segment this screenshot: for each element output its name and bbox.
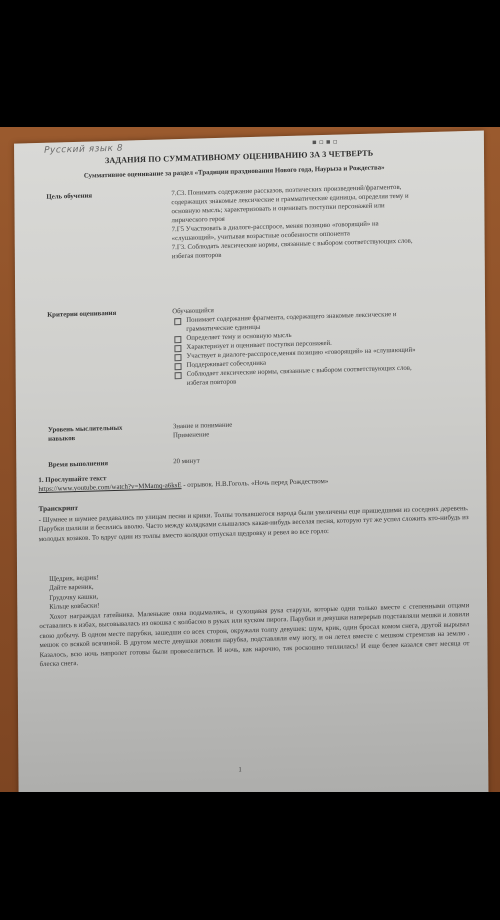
goal-label: Цель обучения	[46, 191, 92, 201]
document-photo: Русский язык 8 ▪ ▫ ▪ ▫ ЗАДАНИЯ ПО СУММАТ…	[0, 127, 500, 792]
criteria-body: Обучающийся Понимает содержание фрагмент…	[172, 300, 422, 388]
task-1: 1. Прослушайте текст https://www.youtube…	[38, 464, 463, 494]
criteria-label: Критерии оценивания	[47, 309, 116, 320]
transcript-title: Транскрипт	[39, 504, 78, 513]
task-instruction: Прослушайте текст	[45, 475, 106, 484]
song-verse: Щедрик, ведрик! Дайте вареник, Грудочку …	[49, 573, 99, 612]
thinking-level-label: Уровень мыслительных навыков	[48, 423, 148, 444]
criteria-list: Понимает содержание фрагмента, содержаще…	[172, 309, 422, 388]
transcript-paragraph-1: - Шумнее и шумнее раздавались по улицам …	[39, 504, 469, 544]
stamp-mark: ▪ ▫ ▪ ▫	[312, 138, 338, 147]
time-value: 20 минут	[173, 450, 423, 466]
paper-sheet: Русский язык 8 ▪ ▫ ▪ ▫ ЗАДАНИЯ ПО СУММАТ…	[14, 131, 489, 792]
page-number: 1	[238, 766, 242, 774]
document-subtitle: Суммативное оценивание за раздел «Традиц…	[54, 162, 414, 182]
checkbox-icon	[175, 372, 182, 379]
transcript-paragraph-2: Хохот награждал гатейника. Маленькие окн…	[39, 601, 469, 669]
checkbox-icon	[174, 318, 181, 325]
video-link[interactable]: https://www.youtube.com/watch?v=MMamq-a6…	[38, 482, 181, 493]
task-source: - отрывок. Н.В.Гоголь. «Ночь перед Рожде…	[182, 478, 329, 489]
time-label: Время выполнения	[48, 459, 108, 470]
goal-body: 7.С3. Понимать содержание рассказов, поэ…	[171, 182, 421, 261]
handwritten-note: Русский язык 8	[44, 144, 123, 156]
thinking-level-body: Знание и понимание Применение	[173, 415, 423, 440]
